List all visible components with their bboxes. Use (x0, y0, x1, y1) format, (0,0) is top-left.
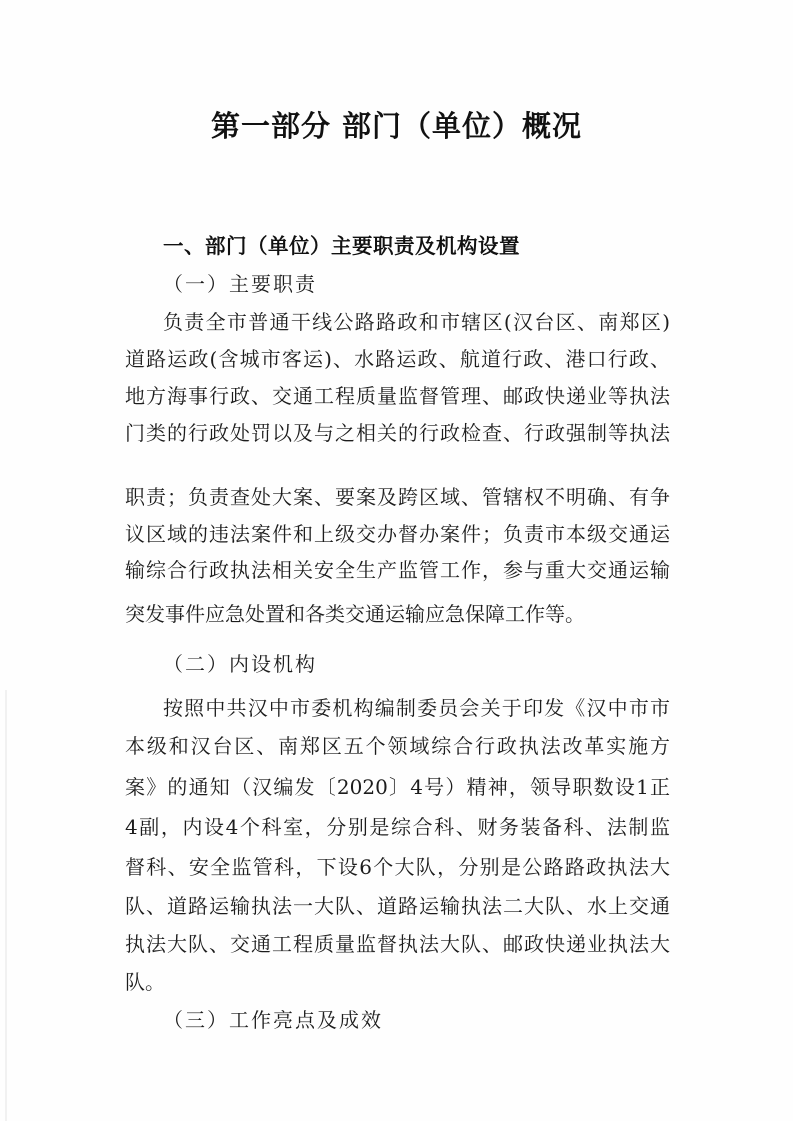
paragraph-line: 门类的行政处罚以及与之相关的行政检查、行政强制等执法 (125, 417, 670, 446)
page-title: 第一部分 部门（单位）概况 (0, 104, 793, 145)
paragraph-line: 地方海事行政、交通工程质量监督管理、邮政快递业等执法 (125, 380, 670, 409)
section-heading: 一、部门（单位）主要职责及机构设置 (163, 229, 520, 259)
paragraph-line: 督科、安全监管科，下设6个大队，分别是公路路政执法大 (125, 851, 670, 880)
paragraph-line: 本级和汉台区、南郑区五个领域综合行政执法改革实施方 (125, 730, 670, 759)
paragraph-line: 4副，内设4个科室，分别是综合科、财务装备科、法制监 (125, 811, 670, 840)
subsection-heading-highlights: （三）工作亮点及成效 (163, 1004, 383, 1033)
paragraph-line: 职责；负责查处大案、要案及跨区域、管辖权不明确、有争 (125, 481, 670, 510)
paragraph-line: 执法大队、交通工程质量监督执法大队、邮政快递业执法大 (125, 928, 670, 957)
scan-edge-shadow (5, 690, 7, 1121)
subsection-heading-internal-structure: （二）内设机构 (163, 648, 317, 677)
paragraph-line: 队、道路运输执法一大队、道路运输执法二大队、水上交通 (125, 890, 670, 919)
paragraph-line: 案》的通知（汉编发〔2020〕4号）精神，领导职数设1正 (125, 771, 670, 800)
document-page: 第一部分 部门（单位）概况 一、部门（单位）主要职责及机构设置 （一）主要职责 … (0, 0, 793, 1121)
paragraph-line: 队。 (125, 966, 165, 995)
paragraph-line: 突发事件应急处置和各类交通运输应急保障工作等。 (125, 598, 585, 627)
paragraph-line: 负责全市普通干线公路路政和市辖区(汉台区、南郑区) (163, 306, 670, 335)
paragraph-line: 议区域的违法案件和上级交办督办案件；负责市本级交通运 (125, 518, 670, 547)
paragraph-line: 按照中共汉中市委机构编制委员会关于印发《汉中市市 (163, 692, 670, 721)
subsection-heading-duties: （一）主要职责 (163, 268, 317, 297)
paragraph-line: 输综合行政执法相关安全生产监管工作，参与重大交通运输 (125, 554, 670, 583)
paragraph-line: 道路运政(含城市客运)、水路运政、航道行政、港口行政、 (125, 343, 670, 372)
